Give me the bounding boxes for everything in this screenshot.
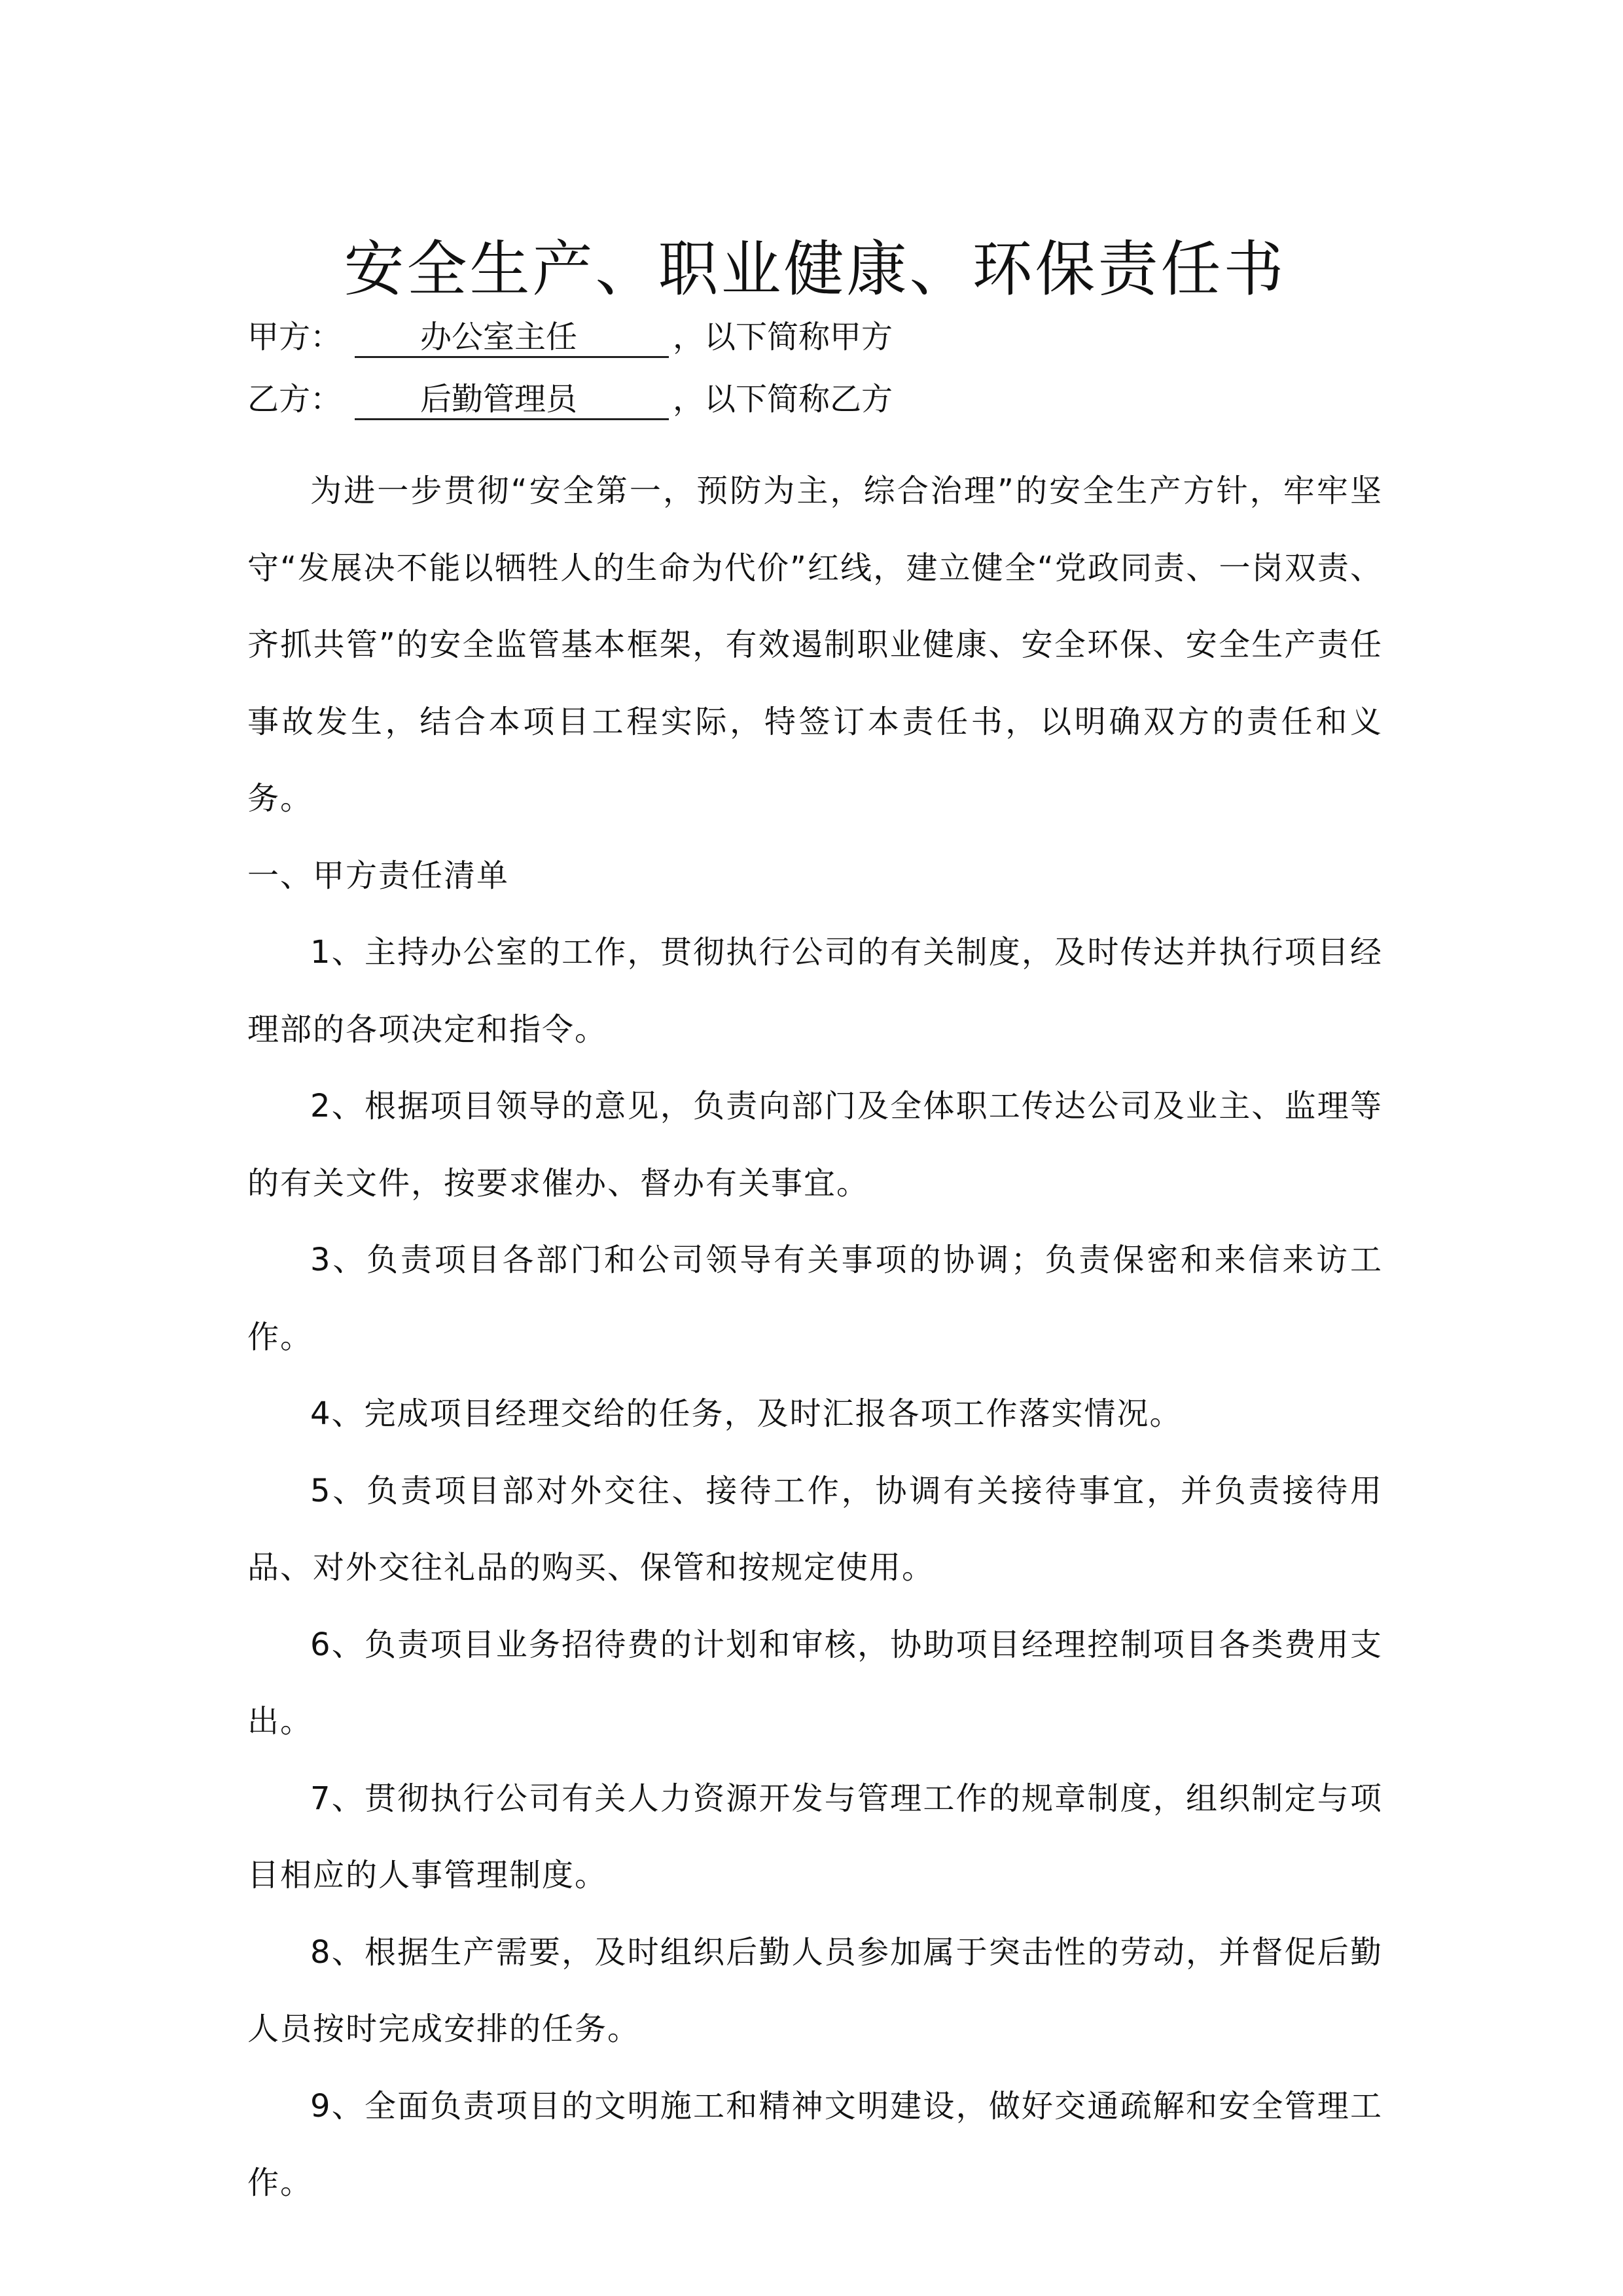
list-item: 8、根据生产需要，及时组织后勤人员参加属于突击性的劳动，并督促后勤人员按时完成安… <box>247 1914 1383 2068</box>
list-item: 2、根据项目领导的意见，负责向部门及全体职工传达公司及业主、监理等的有关文件，按… <box>247 1068 1383 1222</box>
intro-paragraph: 为进一步贯彻“安全第一，预防为主，综合治理”的安全生产方针，牢牢坚守“发展决不能… <box>247 453 1383 838</box>
list-item: 5、负责项目部对外交往、接待工作，协调有关接待事宜，并负责接待用品、对外交往礼品… <box>247 1453 1383 1607</box>
party-b-line: 乙方： 后勤管理员 ，以下简称乙方 <box>247 380 893 420</box>
party-a-suffix: ，以下简称甲方 <box>673 317 893 357</box>
section-heading: 一、甲方责任清单 <box>247 838 1383 915</box>
party-a-line: 甲方： 办公室主任 ，以下简称甲方 <box>247 317 893 358</box>
party-a-field[interactable]: 办公室主任 <box>355 318 669 358</box>
party-b-field[interactable]: 后勤管理员 <box>355 380 669 420</box>
list-item: 1、主持办公室的工作，贯彻执行公司的有关制度，及时传达并执行项目经理部的各项决定… <box>247 914 1383 1068</box>
list-item: 3、负责项目各部门和公司领导有关事项的协调；负责保密和来信来访工作。 <box>247 1222 1383 1376</box>
party-b-suffix: ，以下简称乙方 <box>673 380 893 419</box>
document-body: 为进一步贯彻“安全第一，预防为主，综合治理”的安全生产方针，牢牢坚守“发展决不能… <box>247 453 1383 2222</box>
party-b-label: 乙方： <box>247 380 342 419</box>
list-item: 7、贯彻执行公司有关人力资源开发与管理工作的规章制度，组织制定与项目相应的人事管… <box>247 1761 1383 1914</box>
party-a-label: 甲方： <box>247 317 342 357</box>
list-item: 9、全面负责项目的文明施工和精神文明建设，做好交通疏解和安全管理工作。 <box>247 2068 1383 2222</box>
list-item: 4、完成项目经理交给的任务，及时汇报各项工作落实情况。 <box>247 1376 1383 1453</box>
document-title: 安全生产、职业健康、环保责任书 <box>247 234 1383 306</box>
list-item: 6、负责项目业务招待费的计划和审核，协助项目经理控制项目各类费用支出。 <box>247 1607 1383 1761</box>
